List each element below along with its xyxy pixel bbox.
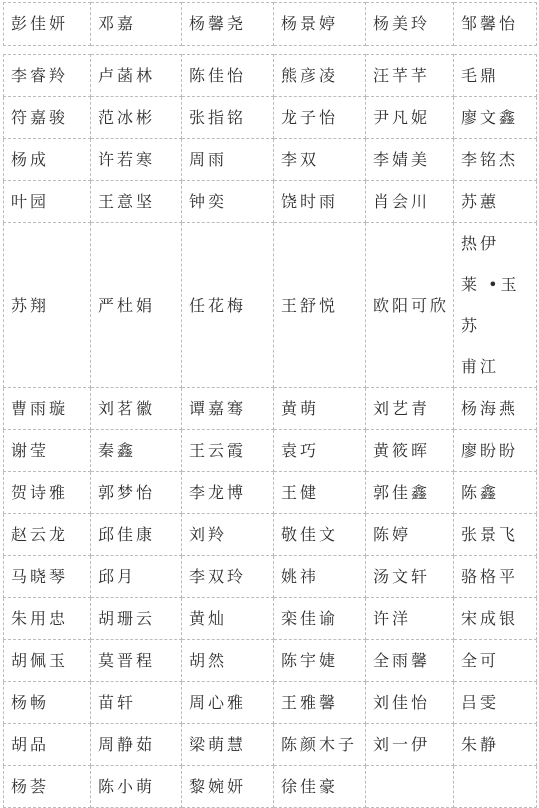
- name-cell: 杨成: [4, 139, 91, 181]
- name-cell: 赵云龙: [4, 514, 91, 556]
- name-cell: 黄筱晖: [366, 430, 454, 472]
- name-cell: 邱佳康: [91, 514, 182, 556]
- table-row: 曹雨璇 刘茗徽 谭嘉骞 黄萌 刘艺青 杨海燕: [4, 388, 537, 430]
- name-cell: 郭梦怡: [91, 472, 182, 514]
- names-table: 李睿羚 卢菡林 陈佳怡 熊彦凌 汪芊芊 毛鼎 符嘉骏 范冰彬 张指铭 龙子怡 尹…: [3, 54, 537, 808]
- table-row: 李睿羚 卢菡林 陈佳怡 熊彦凌 汪芊芊 毛鼎: [4, 55, 537, 97]
- name-cell: 杨景婷: [274, 3, 366, 46]
- name-cell: 刘一伊: [366, 724, 454, 766]
- name-cell: 苗轩: [91, 682, 182, 724]
- name-cell: 杨畅: [4, 682, 91, 724]
- name-cell: 彭佳妍: [4, 3, 91, 46]
- name-cell: 符嘉骏: [4, 97, 91, 139]
- name-cell: 卢菡林: [91, 55, 182, 97]
- name-cell: 邱月: [91, 556, 182, 598]
- name-cell: 郭佳鑫: [366, 472, 454, 514]
- table-row: 叶园 王意坚 钟奕 饶时雨 肖会川 苏蕙: [4, 181, 537, 223]
- name-cell: 王雅馨: [274, 682, 366, 724]
- name-cell: 王意坚: [91, 181, 182, 223]
- name-cell: 热伊 莱 •玉苏 甫江: [454, 223, 537, 388]
- name-cell: 朱用忠: [4, 598, 91, 640]
- table-row: 谢莹 秦鑫 王云霞 袁巧 黄筱晖 廖盼盼: [4, 430, 537, 472]
- name-cell: 范冰彬: [91, 97, 182, 139]
- name-cell: 李龙博: [182, 472, 274, 514]
- name-cell: 陈颜木子: [274, 724, 366, 766]
- name-cell: [454, 766, 537, 808]
- name-cell: 汤文轩: [366, 556, 454, 598]
- name-cell: 尹凡妮: [366, 97, 454, 139]
- table-row: 杨畅 苗轩 周心雅 王雅馨 刘佳怡 吕雯: [4, 682, 537, 724]
- name-cell: 姚祎: [274, 556, 366, 598]
- name-cell: 全雨馨: [366, 640, 454, 682]
- name-cell: 刘艺青: [366, 388, 454, 430]
- name-cell: 刘佳怡: [366, 682, 454, 724]
- name-cell: 陈婷: [366, 514, 454, 556]
- name-cell: 杨海燕: [454, 388, 537, 430]
- name-cell: 张指铭: [182, 97, 274, 139]
- name-cell: 敬佳文: [274, 514, 366, 556]
- name-cell: 秦鑫: [91, 430, 182, 472]
- name-cell: 廖盼盼: [454, 430, 537, 472]
- table-row: 符嘉骏 范冰彬 张指铭 龙子怡 尹凡妮 廖文鑫: [4, 97, 537, 139]
- name-cell: 陈宇婕: [274, 640, 366, 682]
- name-cell: 肖会川: [366, 181, 454, 223]
- name-cell: 饶时雨: [274, 181, 366, 223]
- name-cell: 朱静: [454, 724, 537, 766]
- name-cell: 苏翔: [4, 223, 91, 388]
- name-cell: 李双玲: [182, 556, 274, 598]
- name-cell: 李双: [274, 139, 366, 181]
- name-cell: 李睿羚: [4, 55, 91, 97]
- name-cell: 宋成银: [454, 598, 537, 640]
- table-row: 胡品 周静茹 梁萌慧 陈颜木子 刘一伊 朱静: [4, 724, 537, 766]
- name-cell: 周心雅: [182, 682, 274, 724]
- name-cell: 许洋: [366, 598, 454, 640]
- name-cell: 李婧美: [366, 139, 454, 181]
- name-cell: 黄灿: [182, 598, 274, 640]
- name-cell: 周静茹: [91, 724, 182, 766]
- name-cell: 任花梅: [182, 223, 274, 388]
- name-cell: 王云霞: [182, 430, 274, 472]
- name-cell: 陈小萌: [91, 766, 182, 808]
- table-row: 马晓琴 邱月 李双玲 姚祎 汤文轩 骆格平: [4, 556, 537, 598]
- name-cell: 王舒悦: [274, 223, 366, 388]
- name-cell: 全可: [454, 640, 537, 682]
- name-cell: 谭嘉骞: [182, 388, 274, 430]
- header-table: 彭佳妍 邓嘉 杨馨尧 杨景婷 杨美玲 邹馨怡: [3, 2, 537, 46]
- name-cell: 张景飞: [454, 514, 537, 556]
- name-cell: 袁巧: [274, 430, 366, 472]
- name-cell: 胡品: [4, 724, 91, 766]
- name-cell: 杨馨尧: [182, 3, 274, 46]
- name-cell: 钟奕: [182, 181, 274, 223]
- name-cell: 徐佳豪: [274, 766, 366, 808]
- name-cell: 廖文鑫: [454, 97, 537, 139]
- page: 彭佳妍 邓嘉 杨馨尧 杨景婷 杨美玲 邹馨怡 李睿羚 卢菡林 陈佳怡 熊彦凌 汪…: [0, 0, 539, 808]
- name-cell: 毛鼎: [454, 55, 537, 97]
- name-cell: 李铭杰: [454, 139, 537, 181]
- name-cell: 王健: [274, 472, 366, 514]
- name-cell: 杨美玲: [366, 3, 454, 46]
- table-row: 朱用忠 胡珊云 黄灿 栾佳谕 许洋 宋成银: [4, 598, 537, 640]
- name-cell: 刘茗徽: [91, 388, 182, 430]
- table-row: 杨成 许若寒 周雨 李双 李婧美 李铭杰: [4, 139, 537, 181]
- name-cell: 骆格平: [454, 556, 537, 598]
- name-cell: 梁萌慧: [182, 724, 274, 766]
- name-cell: [366, 766, 454, 808]
- name-cell: 杨荟: [4, 766, 91, 808]
- table-row: 胡佩玉 莫晋程 胡然 陈宇婕 全雨馨 全可: [4, 640, 537, 682]
- name-cell: 胡然: [182, 640, 274, 682]
- name-cell: 栾佳谕: [274, 598, 366, 640]
- name-cell: 黎婉妍: [182, 766, 274, 808]
- name-cell: 严杜娟: [91, 223, 182, 388]
- table-row: 赵云龙 邱佳康 刘羚 敬佳文 陈婷 张景飞: [4, 514, 537, 556]
- name-cell: 刘羚: [182, 514, 274, 556]
- table-row: 贺诗雅 郭梦怡 李龙博 王健 郭佳鑫 陈鑫: [4, 472, 537, 514]
- name-cell: 许若寒: [91, 139, 182, 181]
- table-row: 杨荟 陈小萌 黎婉妍 徐佳豪: [4, 766, 537, 808]
- name-cell: 胡珊云: [91, 598, 182, 640]
- name-cell: 汪芊芊: [366, 55, 454, 97]
- table-row: 苏翔 严杜娟 任花梅 王舒悦 欧阳可欣 热伊 莱 •玉苏 甫江: [4, 223, 537, 388]
- name-cell: 陈佳怡: [182, 55, 274, 97]
- name-cell: 陈鑫: [454, 472, 537, 514]
- name-cell: 胡佩玉: [4, 640, 91, 682]
- name-cell: 邹馨怡: [454, 3, 537, 46]
- name-cell: 吕雯: [454, 682, 537, 724]
- name-cell: 周雨: [182, 139, 274, 181]
- name-cell: 叶园: [4, 181, 91, 223]
- table-row: 彭佳妍 邓嘉 杨馨尧 杨景婷 杨美玲 邹馨怡: [4, 3, 537, 46]
- name-cell: 谢莹: [4, 430, 91, 472]
- name-cell: 曹雨璇: [4, 388, 91, 430]
- name-cell: 马晓琴: [4, 556, 91, 598]
- name-cell: 龙子怡: [274, 97, 366, 139]
- name-cell: 黄萌: [274, 388, 366, 430]
- name-cell: 贺诗雅: [4, 472, 91, 514]
- name-cell: 欧阳可欣: [366, 223, 454, 388]
- name-cell: 苏蕙: [454, 181, 537, 223]
- name-cell: 莫晋程: [91, 640, 182, 682]
- name-cell: 熊彦凌: [274, 55, 366, 97]
- name-cell: 邓嘉: [91, 3, 182, 46]
